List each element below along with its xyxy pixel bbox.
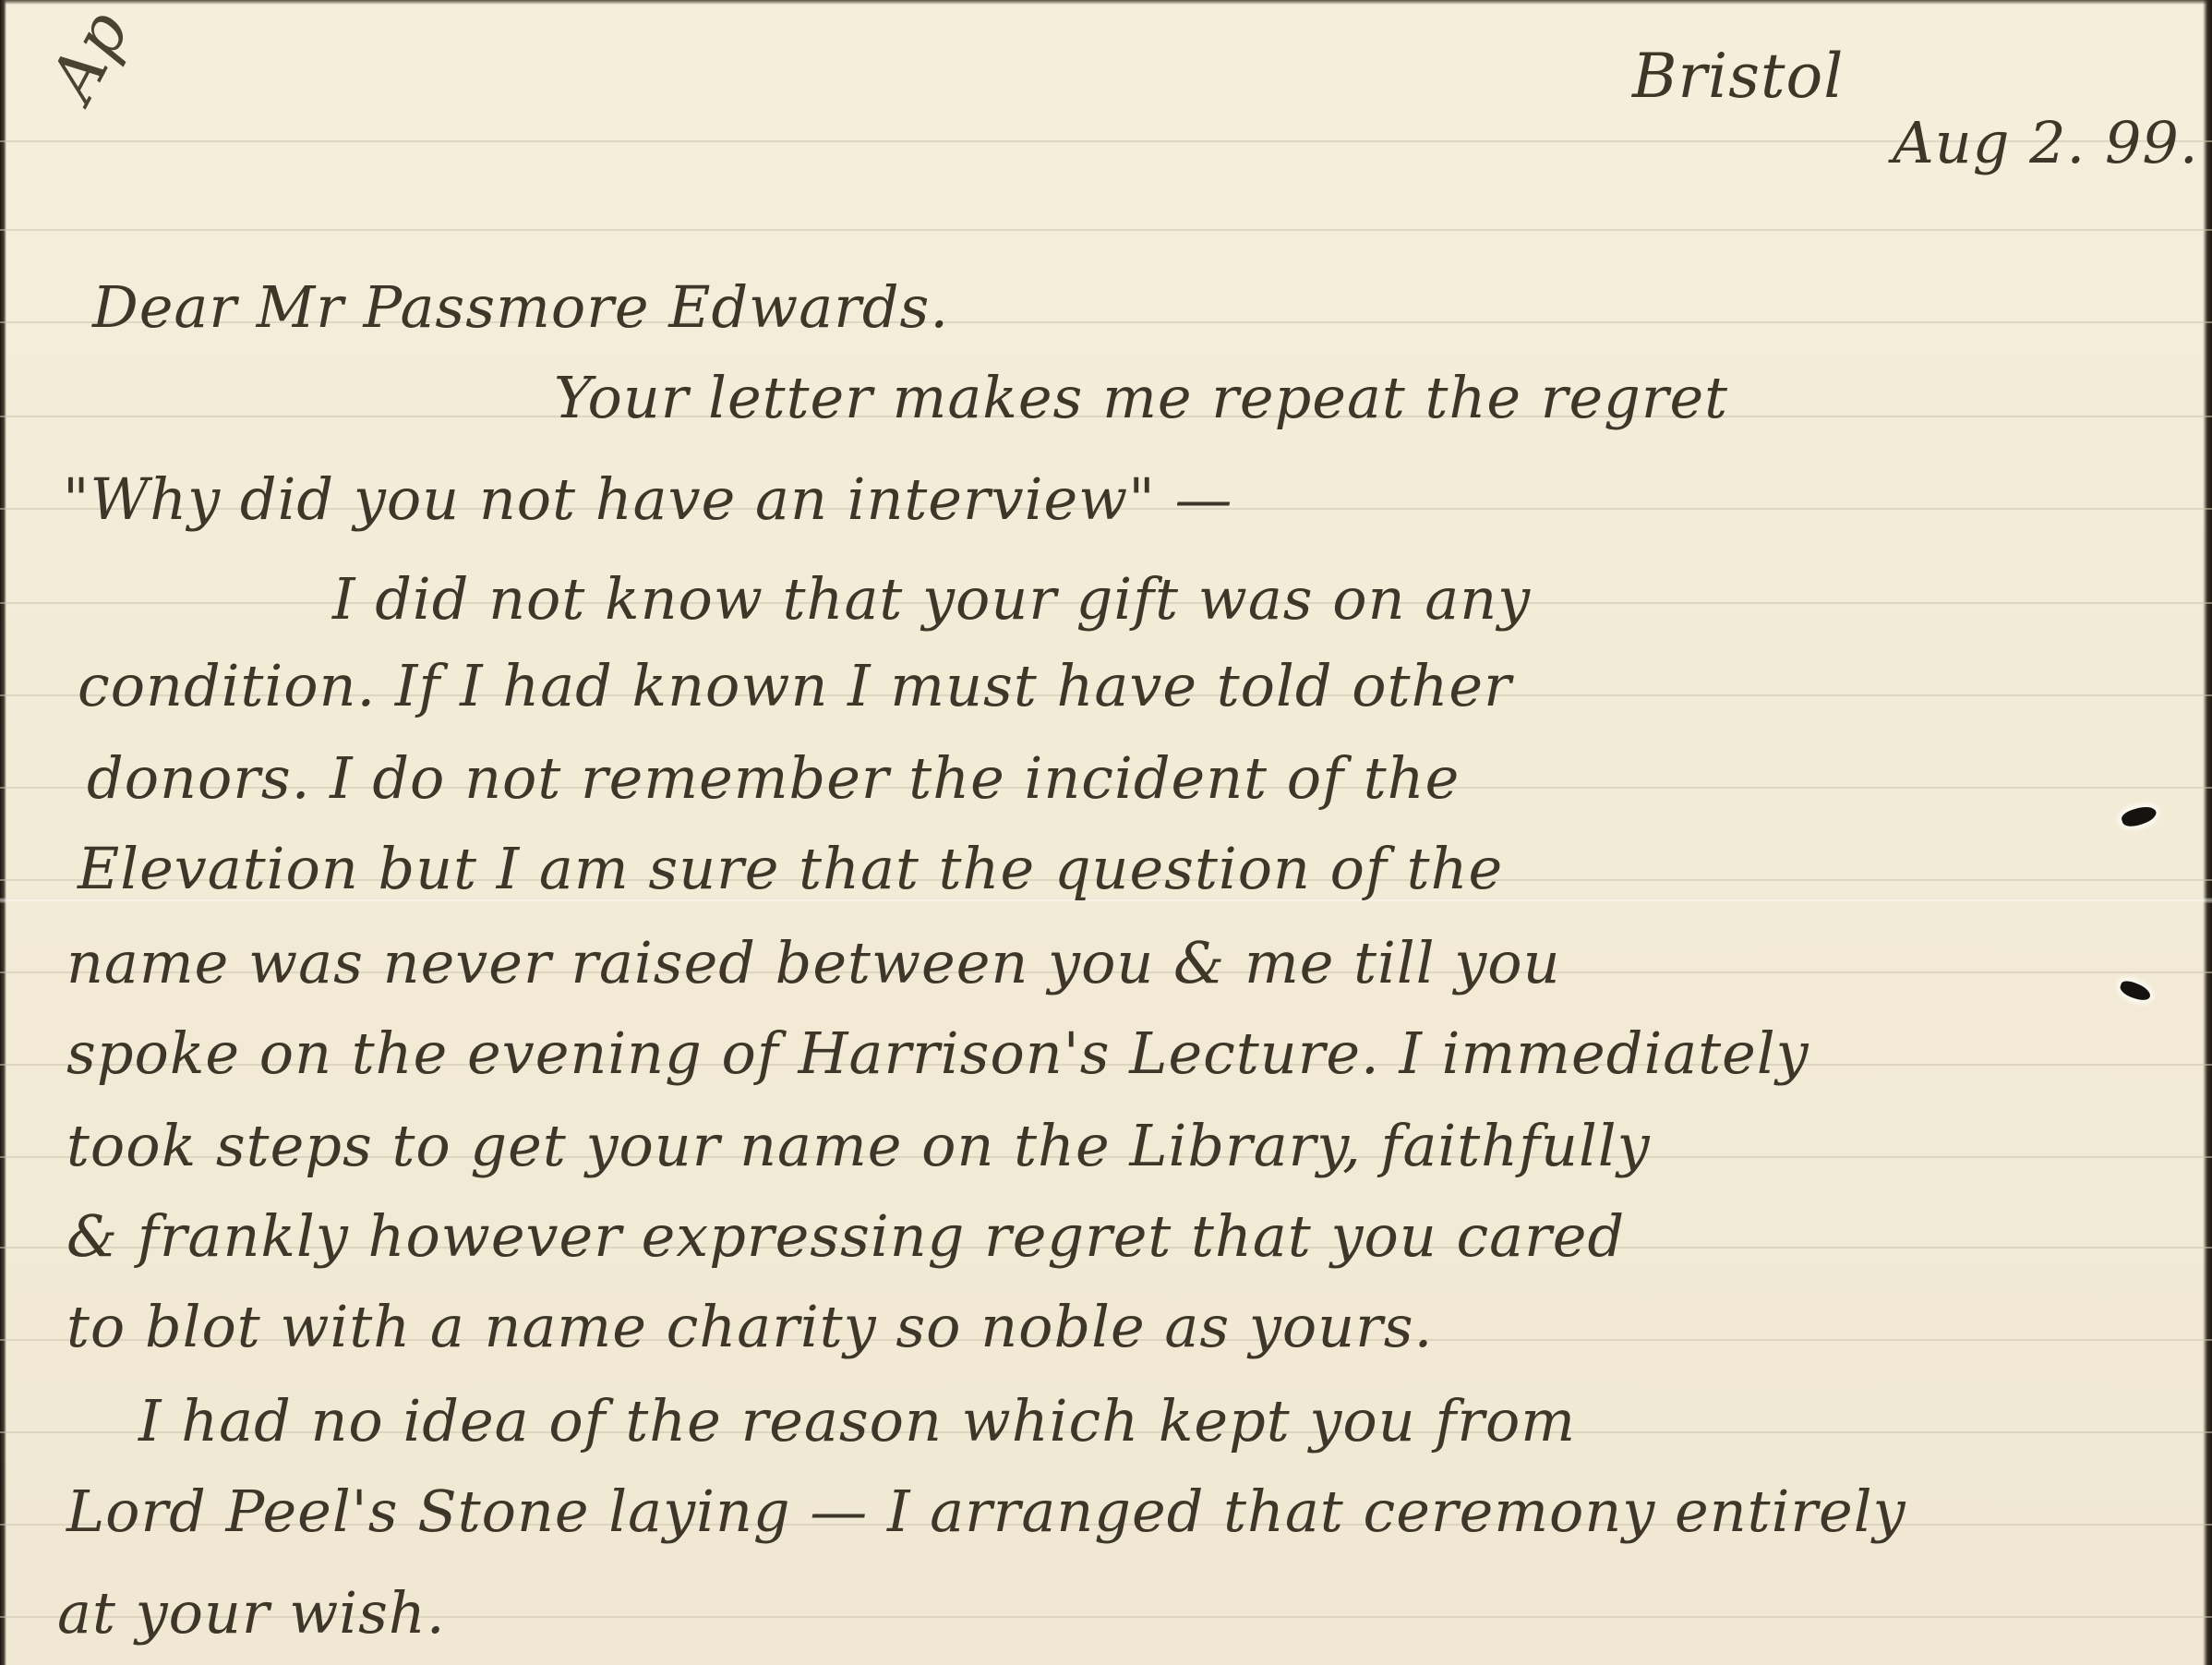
body-line: name was never raised between you & me t… <box>66 935 1561 992</box>
scan-edge-left <box>0 0 6 1665</box>
body-line: Your letter makes me repeat the regret <box>554 369 1728 427</box>
salutation: Dear Mr Passmore Edwards. <box>92 273 949 341</box>
scan-edge-right <box>2203 0 2212 1665</box>
body-line: took steps to get your name on the Libra… <box>66 1117 1651 1175</box>
paper-hole <box>2118 979 2152 1004</box>
body-line: donors. I do not remember the incident o… <box>87 750 1460 807</box>
body-line: & frankly however expressing regret that… <box>66 1208 1625 1265</box>
letter-page: Ap Bristol Aug 2. 99. Dear Mr Passmore E… <box>0 0 2212 1665</box>
letter-place: Bristol <box>1632 41 1844 112</box>
body-line: condition. If I had known I must have to… <box>78 658 1512 715</box>
margin-annotation: Ap <box>35 0 144 113</box>
body-line: at your wish. <box>57 1585 446 1642</box>
letter-date: Aug 2. 99. <box>1893 109 2199 176</box>
scan-edge-top <box>0 0 2212 5</box>
body-line: Lord Peel's Stone laying — I arranged th… <box>66 1483 1906 1540</box>
body-line: to blot with a name charity so noble as … <box>66 1298 1433 1356</box>
body-line: spoke on the evening of Harrison's Lectu… <box>66 1025 1809 1082</box>
body-line: I had no idea of the reason which kept y… <box>138 1393 1576 1450</box>
body-line: I did not know that your gift was on any <box>332 571 1531 628</box>
body-line: Elevation but I am sure that the questio… <box>78 840 1503 898</box>
paper-hole <box>2120 803 2158 830</box>
body-line: "Why did you not have an interview" — <box>63 471 1232 528</box>
ruled-line <box>0 140 2212 142</box>
ruled-line <box>0 229 2212 231</box>
